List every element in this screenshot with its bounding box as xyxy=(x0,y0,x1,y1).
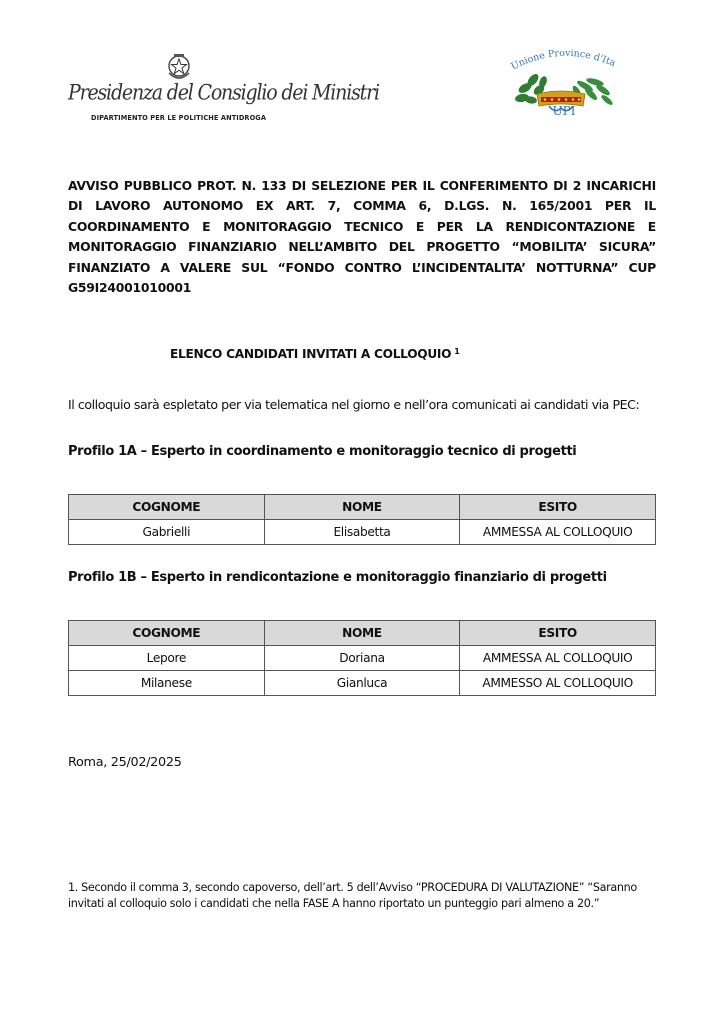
profile-1b-table: COGNOME NOME ESITO Lepore Doriana AMMESS… xyxy=(68,620,656,696)
column-header-nome: NOME xyxy=(264,495,460,520)
cell-cognome: Gabrielli xyxy=(69,520,265,545)
svg-text:Unione Province d'Italia: Unione Province d'Italia xyxy=(495,42,617,73)
table-row: Gabrielli Elisabetta AMMESSA AL COLLOQUI… xyxy=(69,520,656,545)
title-line: G59I24001010001 xyxy=(68,278,656,298)
cell-esito: AMMESSA AL COLLOQUIO xyxy=(460,646,656,671)
table-row: Lepore Doriana AMMESSA AL COLLOQUIO xyxy=(69,646,656,671)
department-name: DIPARTIMENTO PER LE POLITICHE ANTIDROGA xyxy=(91,114,266,122)
footnote-reference: 1 xyxy=(454,347,459,356)
title-line: AVVISO PUBBLICO PROT. N. 133 DI SELEZION… xyxy=(68,176,656,196)
institution-script-logo: Presidenza del Consiglio dei Ministri xyxy=(68,80,283,105)
profile-1b-title: Profilo 1B – Esperto in rendicontazione … xyxy=(68,570,607,585)
table-header-row: COGNOME NOME ESITO xyxy=(69,495,656,520)
column-header-esito: ESITO xyxy=(460,495,656,520)
column-header-cognome: COGNOME xyxy=(69,621,265,646)
cell-esito: AMMESSO AL COLLOQUIO xyxy=(460,671,656,696)
table-header-row: COGNOME NOME ESITO xyxy=(69,621,656,646)
profile-1a-title: Profilo 1A – Esperto in coordinamento e … xyxy=(68,444,576,459)
upi-arc-text: Unione Province d'Italia xyxy=(495,42,617,73)
notice-title: AVVISO PUBBLICO PROT. N. 133 DI SELEZION… xyxy=(68,176,656,298)
upi-logo: Unione Province d'Italia xyxy=(495,42,625,132)
cell-nome: Elisabetta xyxy=(264,520,460,545)
title-line: COORDINAMENTO E MONITORAGGIO TECNICO E P… xyxy=(68,217,656,237)
cell-nome: Gianluca xyxy=(264,671,460,696)
column-header-nome: NOME xyxy=(264,621,460,646)
cell-esito: AMMESSA AL COLLOQUIO xyxy=(460,520,656,545)
profile-1a-table: COGNOME NOME ESITO Gabrielli Elisabetta … xyxy=(68,494,656,545)
upi-acronym: UPI xyxy=(544,104,584,118)
column-header-cognome: COGNOME xyxy=(69,495,265,520)
cell-cognome: Milanese xyxy=(69,671,265,696)
footnote: 1. Secondo il comma 3, secondo capoverso… xyxy=(68,880,658,912)
table-row: Milanese Gianluca AMMESSO AL COLLOQUIO xyxy=(69,671,656,696)
cell-cognome: Lepore xyxy=(69,646,265,671)
section-heading: ELENCO CANDIDATI INVITATI A COLLOQUIO1 xyxy=(170,347,460,361)
column-header-esito: ESITO xyxy=(460,621,656,646)
title-line: FINANZIATO A VALERE SUL “FONDO CONTRO L’… xyxy=(68,258,656,278)
title-line: MONITORAGGIO FINANZIARIO NELL’AMBITO DEL… xyxy=(68,237,656,257)
intro-paragraph: Il colloquio sarà espletato per via tele… xyxy=(68,397,639,412)
section-heading-text: ELENCO CANDIDATI INVITATI A COLLOQUIO xyxy=(170,347,451,361)
title-line: DI LAVORO AUTONOMO EX ART. 7, COMMA 6, D… xyxy=(68,196,656,216)
cell-nome: Doriana xyxy=(264,646,460,671)
place-and-date: Roma, 25/02/2025 xyxy=(68,755,182,770)
italian-republic-emblem-icon xyxy=(165,53,193,83)
